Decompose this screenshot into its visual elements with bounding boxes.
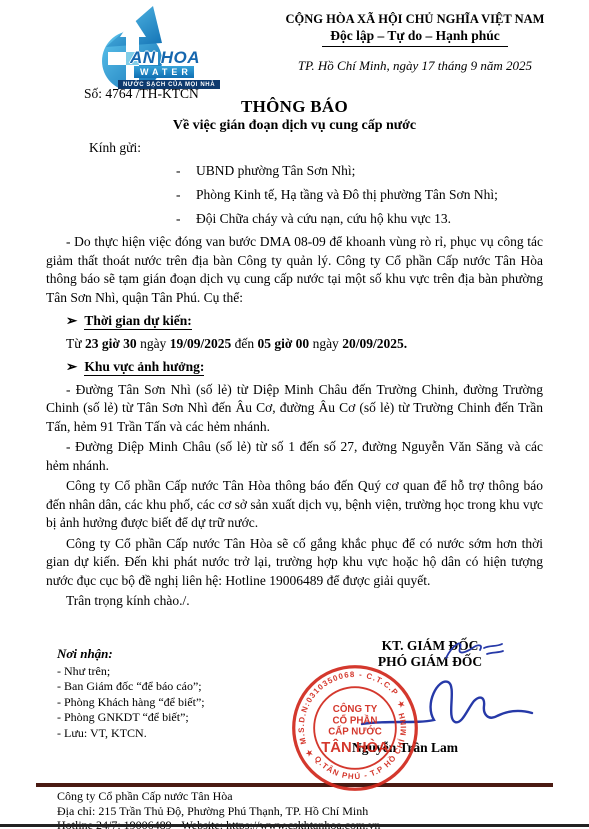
- stamp-center-line: CÔNG TY: [333, 703, 378, 715]
- document-page: AN HOA WATER NƯỚC SẠCH CỦA MỌI NHÀ Số: 4…: [0, 0, 589, 829]
- noi-nhan-item: - Ban Giám đốc “để báo cáo”;: [57, 679, 205, 695]
- place-date: TP. Hồ Chí Minh, ngày 17 tháng 9 năm 202…: [250, 58, 580, 74]
- recipient-item: -Phòng Kinh tế, Hạ tầng và Đô thị phường…: [176, 186, 498, 203]
- time-seg-bold: 05 giờ 00: [257, 336, 309, 351]
- recipient-text: UBND phường Tân Sơn Nhì;: [196, 163, 355, 178]
- national-title: CỘNG HÒA XÃ HỘI CHỦ NGHĨA VIỆT NAM: [250, 12, 580, 27]
- area-paragraph-1: - Đường Tân Sơn Nhì (số lẻ) từ Diệp Minh…: [46, 381, 543, 437]
- area-section-heading: ➢Khu vực ảnh hưởng:: [66, 358, 543, 377]
- recipient-text: Đội Chữa cháy và cứu nạn, cứu hộ khu vực…: [196, 211, 451, 226]
- recipients-list: -UBND phường Tân Sơn Nhì; -Phòng Kinh tế…: [176, 162, 498, 234]
- time-seg-bold: 23 giờ 30: [85, 336, 137, 351]
- national-motto: Độc lập – Tự do – Hạnh phúc: [322, 28, 508, 47]
- brand-water-label: WATER: [134, 66, 194, 78]
- time-seg: đến: [231, 336, 257, 351]
- stamp-center-line: CỔ PHẦN: [333, 714, 378, 726]
- footer-contact: Công ty Cổ phần Cấp nước Tân Hòa Địa chỉ…: [57, 789, 380, 829]
- arrow-bullet-icon: ➢: [66, 359, 77, 374]
- document-title: THÔNG BÁO: [0, 97, 589, 117]
- body-text: - Do thực hiện việc đóng van bước DMA 08…: [46, 233, 543, 613]
- time-line: Từ 23 giờ 30 ngày 19/09/2025 đến 05 giờ …: [46, 335, 543, 354]
- time-seg: Từ: [66, 336, 85, 351]
- intro-paragraph: - Do thực hiện việc đóng van bước DMA 08…: [46, 233, 543, 307]
- brand-name: AN HOA: [130, 48, 200, 68]
- bullet-dash: -: [176, 162, 196, 179]
- arrow-bullet-icon: ➢: [66, 313, 77, 328]
- recipient-item: -Đội Chữa cháy và cứu nạn, cứu hộ khu vự…: [176, 210, 498, 227]
- area-heading-text: Khu vực ảnh hưởng:: [84, 359, 204, 376]
- signoff-line1: KT. GIÁM ĐỐC: [320, 638, 540, 654]
- page-bottom-edge: [0, 824, 589, 827]
- national-header: CỘNG HÒA XÃ HỘI CHỦ NGHĨA VIỆT NAM Độc l…: [250, 12, 580, 74]
- time-seg: ngày: [309, 336, 342, 351]
- recipient-text: Phòng Kinh tế, Hạ tầng và Đô thị phường …: [196, 187, 498, 202]
- recipient-copies-block: Nơi nhận: - Như trên; - Ban Giám đốc “để…: [57, 646, 205, 741]
- closing-line: Trân trọng kính chào./.: [46, 592, 543, 611]
- company-stamp: M.S.D.N:0310350068 - C.T.C.P Q.TÂN PHÚ -…: [290, 663, 420, 793]
- title-block: THÔNG BÁO Về việc gián đoạn dịch vụ cung…: [0, 97, 589, 134]
- noi-nhan-item: - Phòng GNKDT “để biết”;: [57, 710, 205, 726]
- time-section-heading: ➢Thời gian dự kiến:: [66, 312, 543, 331]
- noi-nhan-heading: Nơi nhận:: [57, 646, 205, 662]
- time-heading-text: Thời gian dự kiến:: [84, 313, 192, 330]
- time-seg: ngày: [137, 336, 170, 351]
- noi-nhan-item: - Như trên;: [57, 664, 205, 680]
- noi-nhan-item: - Phòng Khách hàng “để biết”;: [57, 695, 205, 711]
- footer-address: Địa chỉ: 215 Trần Thủ Độ, Phường Phú Thạ…: [57, 804, 380, 819]
- initials-scribble-icon: [443, 636, 507, 668]
- recipient-item: -UBND phường Tân Sơn Nhì;: [176, 162, 498, 179]
- time-seg-bold: 19/09/2025: [170, 336, 232, 351]
- stamp-star-icon: ★: [396, 699, 408, 712]
- recipients-label: Kính gửi:: [89, 140, 141, 156]
- time-seg-bold: 20/09/2025.: [342, 336, 407, 351]
- stamp-center-line: TÂN HÒA: [321, 738, 389, 756]
- stamp-star-icon: ★: [304, 748, 316, 761]
- document-subtitle: Về việc gián đoạn dịch vụ cung cấp nước: [0, 118, 589, 134]
- stamp-center-line: CẤP NƯỚC: [328, 726, 382, 738]
- area-paragraph-2: - Đường Diệp Minh Châu (số lẻ) từ số 1 đ…: [46, 438, 543, 475]
- bullet-dash: -: [176, 210, 196, 227]
- noi-nhan-item: - Lưu: VT, KTCN.: [57, 726, 205, 742]
- notify-paragraph: Công ty Cổ phần Cấp nước Tân Hòa thông b…: [46, 477, 543, 533]
- remedy-paragraph: Công ty Cổ phần Cấp nước Tân Hòa sẽ cố g…: [46, 535, 543, 591]
- bullet-dash: -: [176, 186, 196, 203]
- company-logo: AN HOA WATER NƯỚC SẠCH CỦA MỌI NHÀ: [90, 5, 215, 89]
